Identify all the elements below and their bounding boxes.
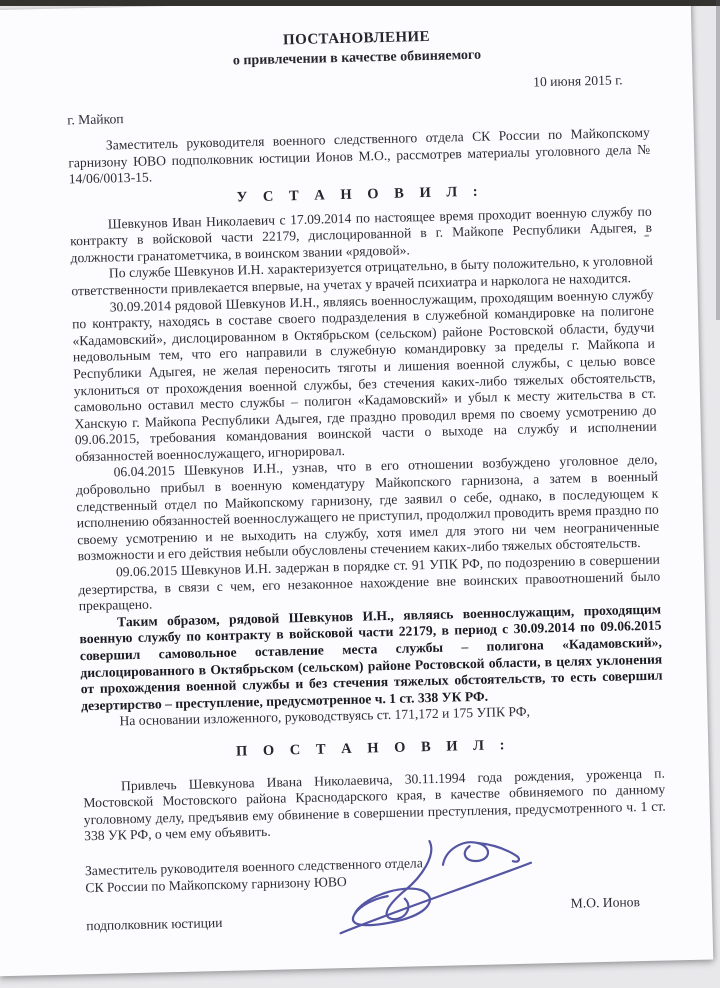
document-date: 10 июня 2015 г.: [67, 72, 649, 102]
signature-block: Заместитель руководителя военного следст…: [85, 849, 670, 976]
scanner-edge-right: [716, 0, 720, 320]
scanned-document-canvas: ПОСТАНОВЛЕНИЕ о привлечении в качестве о…: [0, 0, 720, 988]
paragraph: 30.09.2014 рядовой Шевкунов И.Н., являяс…: [72, 286, 658, 466]
signer-name: М.О. Ионов: [571, 894, 641, 912]
body-paragraphs: Шевкунов Иван Николаевич с 17.09.2014 по…: [70, 203, 661, 615]
scan-speck: [644, 235, 649, 237]
scanner-edge-top: [0, 0, 720, 6]
document-page: ПОСТАНОВЛЕНИЕ о привлечении в качестве о…: [0, 0, 713, 976]
intro-paragraph: Заместитель руководителя военного следст…: [68, 125, 651, 188]
paragraph: 06.04.2015 Шевкунов И.Н., узнав, что в е…: [75, 452, 659, 565]
document-city: г. Майкоп: [67, 98, 649, 128]
heading-postanovil: П О С Т А Н О В И Л :: [82, 734, 664, 764]
resolution-paragraph: Привлечь Шевкунова Ивана Николаевича, 30…: [83, 765, 666, 845]
conclusion-paragraph: Таким образом, рядовой Шевкунов И.Н., яв…: [79, 601, 663, 714]
